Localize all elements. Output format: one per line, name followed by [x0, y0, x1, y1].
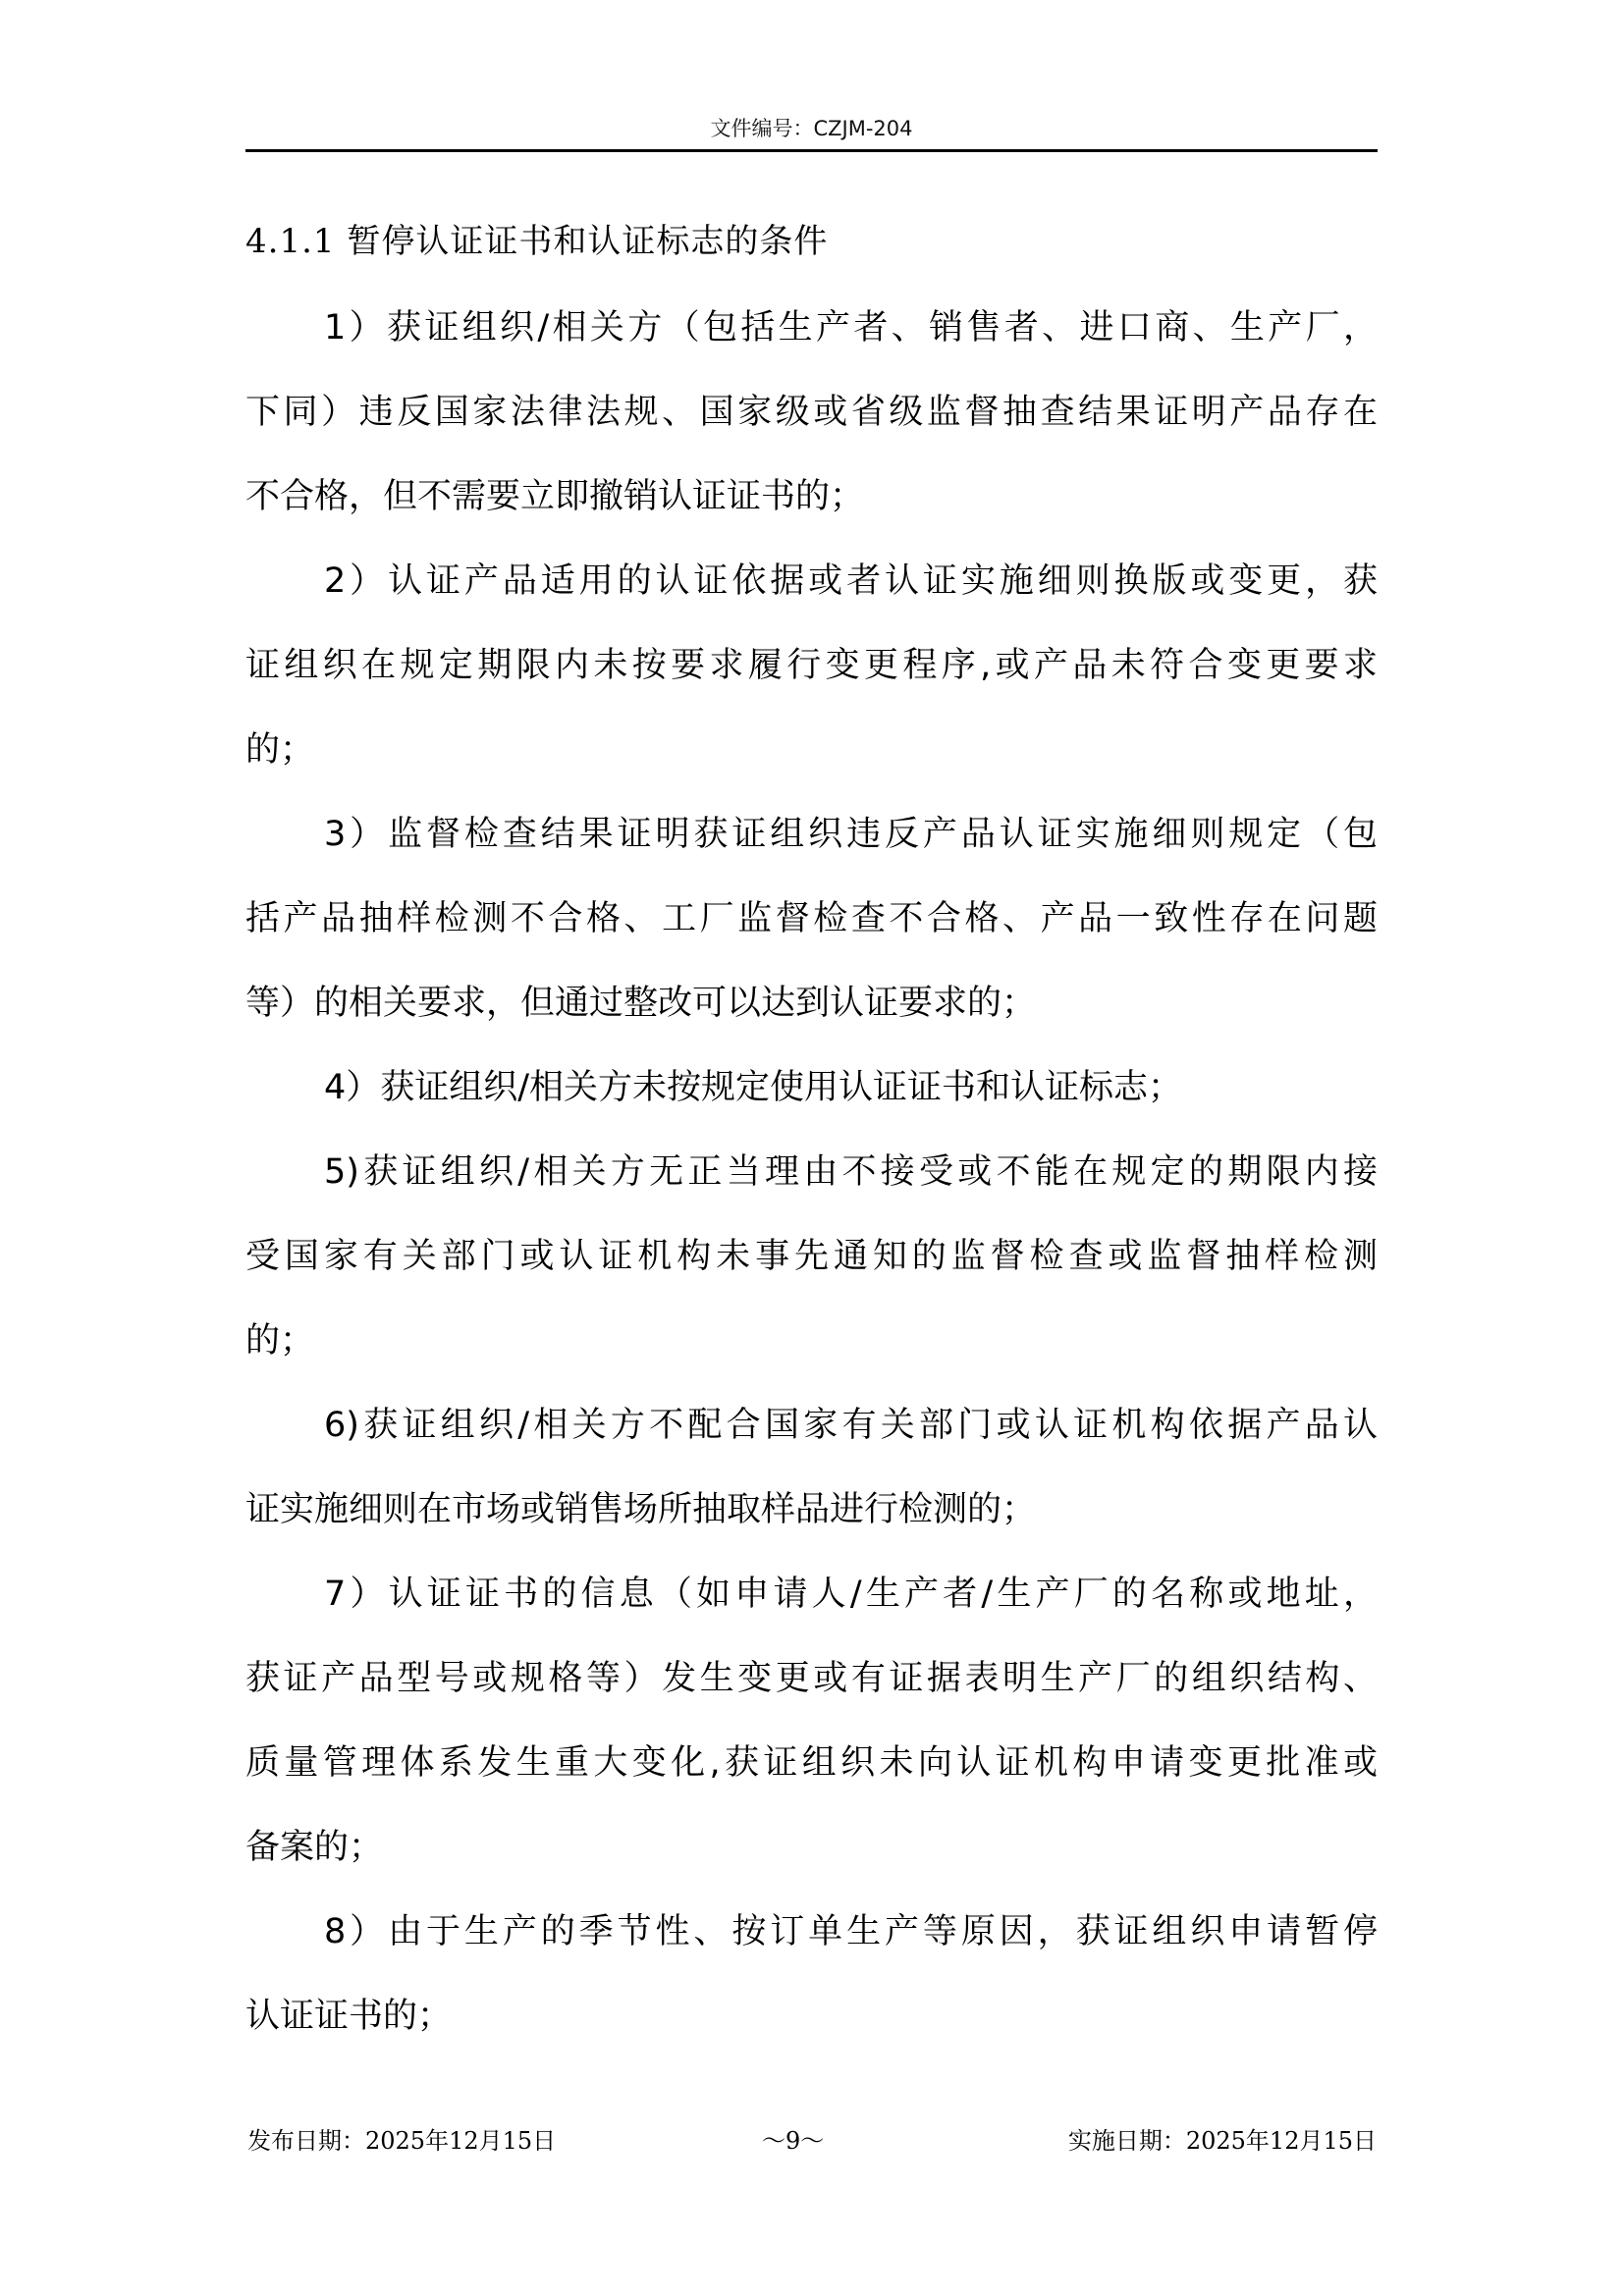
page-number: ～9～	[762, 2124, 824, 2158]
document-number: 文件编号：CZJM-204	[245, 114, 1378, 143]
paragraph-line: 证实施细则在市场或销售场所抽取样品进行检测的；	[245, 1486, 1378, 1533]
publish-date: 发布日期：2025年12月15日	[247, 2124, 556, 2158]
paragraph-line: 等）的相关要求，但通过整改可以达到认证要求的；	[245, 980, 1378, 1027]
paragraph-line: 3）监督检查结果证明获证组织违反产品认证实施细则规定（包	[324, 811, 1378, 858]
paragraph-line: 2）认证产品适用的认证依据或者认证实施细则换版或变更，获	[324, 558, 1378, 605]
paragraph-line: 7）认证证书的信息（如申请人/生产者/生产厂的名称或地址，	[324, 1571, 1378, 1618]
effective-date: 实施日期：2025年12月15日	[1068, 2124, 1377, 2158]
paragraph-line: 不合格，但不需要立即撤销认证证书的；	[245, 473, 1378, 520]
paragraph-line: 认证证书的；	[245, 1993, 1378, 2040]
paragraph-line: 1）获证组织/相关方（包括生产者、销售者、进口商、生产厂，	[324, 304, 1378, 351]
header-rule	[245, 149, 1378, 152]
paragraph-line: 6)获证组织/相关方不配合国家有关部门或认证机构依据产品认	[324, 1402, 1378, 1449]
paragraph-line: 4）获证组织/相关方未按规定使用认证证书和认证标志；	[324, 1064, 1378, 1111]
paragraph-line: 获证产品型号或规格等）发生变更或有证据表明生产厂的组织结构、	[245, 1655, 1378, 1702]
paragraph-line: 受国家有关部门或认证机构未事先通知的监督检查或监督抽样检测	[245, 1233, 1378, 1280]
paragraph-line: 的；	[245, 726, 1378, 774]
paragraph-line: 8）由于生产的季节性、按订单生产等原因，获证组织申请暂停	[324, 1908, 1378, 1955]
paragraph-line: 括产品抽样检测不合格、工厂监督检查不合格、产品一致性存在问题	[245, 895, 1378, 942]
paragraph-line: 证组织在规定期限内未按要求履行变更程序,或产品未符合变更要求	[245, 642, 1378, 689]
document-page: 文件编号：CZJM-204 4.1.1 暂停认证证书和认证标志的条件 1）获证组…	[0, 0, 1624, 2296]
section-heading: 4.1.1 暂停认证证书和认证标志的条件	[245, 218, 828, 265]
paragraph-line: 的；	[245, 1317, 1378, 1364]
paragraph-line: 下同）违反国家法律法规、国家级或省级监督抽查结果证明产品存在	[245, 389, 1378, 436]
paragraph-line: 5)获证组织/相关方无正当理由不接受或不能在规定的期限内接	[324, 1148, 1378, 1196]
paragraph-line: 备案的；	[245, 1824, 1378, 1871]
paragraph-line: 质量管理体系发生重大变化,获证组织未向认证机构申请变更批准或	[245, 1739, 1378, 1787]
